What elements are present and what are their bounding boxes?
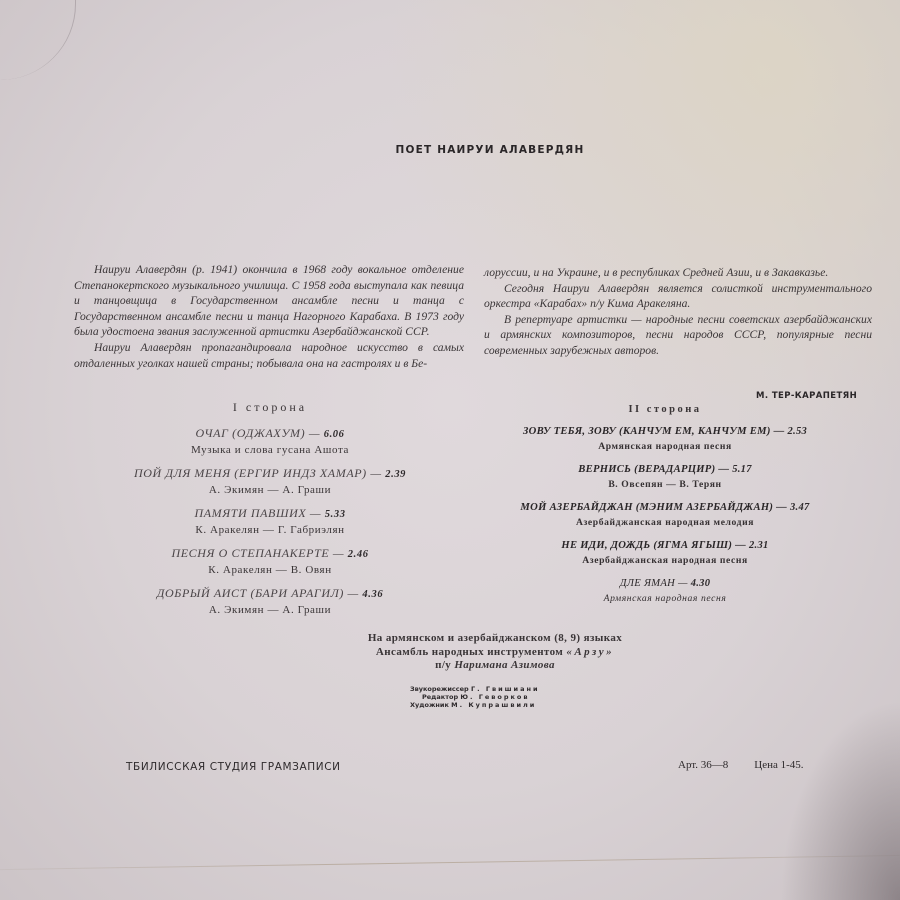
staff-role: Художник [410, 701, 449, 709]
paper-fold-line [0, 855, 900, 870]
track-title: ОЧАГ (ОДЖАХУМ) — [195, 426, 323, 440]
track-credit: Армянская народная песня [500, 440, 830, 454]
track-duration: 2.46 [348, 549, 369, 560]
track-item: ВЕРНИСЬ (ВЕРАДАРЦИР) — 5.17 В. Овсепян —… [500, 462, 830, 492]
staff-name: Ю. Геворков [460, 693, 529, 701]
track-credit: В. Овсепян — В. Терян [500, 478, 830, 492]
side-two-tracklist: II сторона ЗОВУ ТЕБЯ, ЗОВУ (КАНЧУМ ЕМ, К… [500, 404, 830, 614]
track-item: ДЛЕ ЯМАН — 4.30 Армянская народная песня [500, 576, 830, 606]
track-title: ВЕРНИСЬ (ВЕРАДАРЦИР) — [578, 464, 732, 475]
bio-paragraph: Наируи Алавердян (р. 1941) окончила в 19… [74, 262, 464, 340]
track-credit: Армянская народная песня [500, 592, 830, 606]
track-item: ЗОВУ ТЕБЯ, ЗОВУ (КАНЧУМ ЕМ, КАНЧУМ ЕМ) —… [500, 424, 830, 454]
track-credit: К. Аракелян — В. Овян [110, 563, 430, 578]
track-title: ДЛЕ ЯМАН — [620, 578, 691, 589]
ensemble-credits: На армянском и азербайджанском (8, 9) яз… [340, 632, 650, 673]
track-item: ДОБРЫЙ АИСТ (БАРИ АРАГИЛ) — 4.36 А. Эким… [110, 585, 430, 618]
track-credit: Музыка и слова гусана Ашота [110, 443, 430, 458]
ensemble-name: «Арзу» [566, 646, 614, 658]
track-duration: 5.17 [732, 464, 752, 475]
catalog-info: Арт. 36—8Цена 1-45. [678, 759, 804, 771]
track-title: ПЕСНЯ О СТЕПАНАКЕРТЕ — [171, 546, 347, 560]
track-duration: 4.30 [691, 578, 711, 589]
staff-role: Редактор [422, 693, 458, 701]
staff-name: Г. Гвишиани [471, 685, 540, 693]
track-credit: А. Экимян — А. Граши [110, 603, 430, 618]
biography-left-column: Наируи Алавердян (р. 1941) окончила в 19… [74, 262, 464, 371]
track-item: МОЙ АЗЕРБАЙДЖАН (МЭНИМ АЗЕРБАЙДЖАН) — 3.… [500, 500, 830, 530]
track-title: ДОБРЫЙ АИСТ (БАРИ АРАГИЛ) — [157, 586, 363, 600]
track-duration: 2.53 [787, 426, 807, 437]
track-duration: 2.31 [749, 540, 769, 551]
track-item: ПЕСНЯ О СТЕПАНАКЕРТЕ — 2.46 К. Аракелян … [110, 545, 430, 578]
track-title: ЗОВУ ТЕБЯ, ЗОВУ (КАНЧУМ ЕМ, КАНЧУМ ЕМ) — [523, 426, 788, 437]
bio-author: М. ТЕР-КАРАПЕТЯН [756, 391, 857, 401]
conductor-name: Наримана Азимова [454, 659, 555, 671]
bio-paragraph: Сегодня Наируи Алавердян является солист… [484, 281, 872, 312]
staff-name: М. Купрашвили [451, 701, 536, 709]
article-number: Арт. 36—8 [678, 759, 728, 771]
track-credit: К. Аракелян — Г. Габриэлян [110, 523, 430, 538]
track-duration: 5.33 [325, 509, 346, 520]
record-sleeve-back: ПОЕТ НАИРУИ АЛАВЕРДЯН Наируи Алавердян (… [0, 0, 900, 900]
production-staff: Звукорежиссер Г. Гвишиани Редактор Ю. Ге… [410, 685, 580, 709]
corner-shadow [780, 700, 900, 900]
track-credit: А. Экимян — А. Граши [110, 483, 430, 498]
ensemble-prefix: Ансамбль народных инструментом [376, 646, 566, 658]
paper-crease [0, 0, 76, 80]
languages-note: На армянском и азербайджанском (8, 9) яз… [340, 632, 650, 646]
track-credit: Азербайджанская народная мелодия [500, 516, 830, 530]
track-duration: 2.39 [385, 469, 406, 480]
studio-name: ТБИЛИССКАЯ СТУДИЯ ГРАМЗАПИСИ [126, 761, 341, 773]
side-one-tracklist: I сторона ОЧАГ (ОДЖАХУМ) — 6.06 Музыка и… [110, 400, 430, 625]
track-title: МОЙ АЗЕРБАЙДЖАН (МЭНИМ АЗЕРБАЙДЖАН) — [520, 502, 790, 513]
track-duration: 6.06 [324, 429, 345, 440]
bio-paragraph: В репертуаре артистки — народные песни с… [484, 312, 872, 359]
bio-paragraph: лоруссии, и на Украине, и в республиках … [484, 265, 872, 281]
track-title: ПАМЯТИ ПАВШИХ — [194, 506, 324, 520]
bio-paragraph: Наируи Алавердян пропагандировала народн… [74, 340, 464, 371]
track-item: ОЧАГ (ОДЖАХУМ) — 6.06 Музыка и слова гус… [110, 425, 430, 458]
track-item: ПОЙ ДЛЯ МЕНЯ (ЕРГИР ИНДЗ ХАМАР) — 2.39 А… [110, 465, 430, 498]
track-item: НЕ ИДИ, ДОЖДЬ (ЯГМА ЯГЫШ) — 2.31 Азербай… [500, 538, 830, 568]
track-title: ПОЙ ДЛЯ МЕНЯ (ЕРГИР ИНДЗ ХАМАР) — [134, 466, 385, 480]
side-one-label: I сторона [110, 400, 430, 415]
staff-row: Редактор Ю. Геворков [410, 693, 580, 701]
track-item: ПАМЯТИ ПАВШИХ — 5.33 К. Аракелян — Г. Га… [110, 505, 430, 538]
side-two-label: II сторона [500, 404, 830, 415]
track-title: НЕ ИДИ, ДОЖДЬ (ЯГМА ЯГЫШ) — [561, 540, 749, 551]
price: Цена 1-45. [754, 759, 803, 771]
staff-role: Звукорежиссер [410, 685, 469, 693]
conductor-prefix: п/у [435, 659, 454, 671]
staff-row: Звукорежиссер Г. Гвишиани [410, 685, 580, 693]
biography-right-column: лоруссии, и на Украине, и в республиках … [484, 265, 872, 359]
track-credit: Азербайджанская народная песня [500, 554, 830, 568]
album-title: ПОЕТ НАИРУИ АЛАВЕРДЯН [360, 144, 620, 156]
track-duration: 4.36 [362, 589, 383, 600]
staff-row: Художник М. Купрашвили [410, 701, 580, 709]
track-duration: 3.47 [790, 502, 810, 513]
